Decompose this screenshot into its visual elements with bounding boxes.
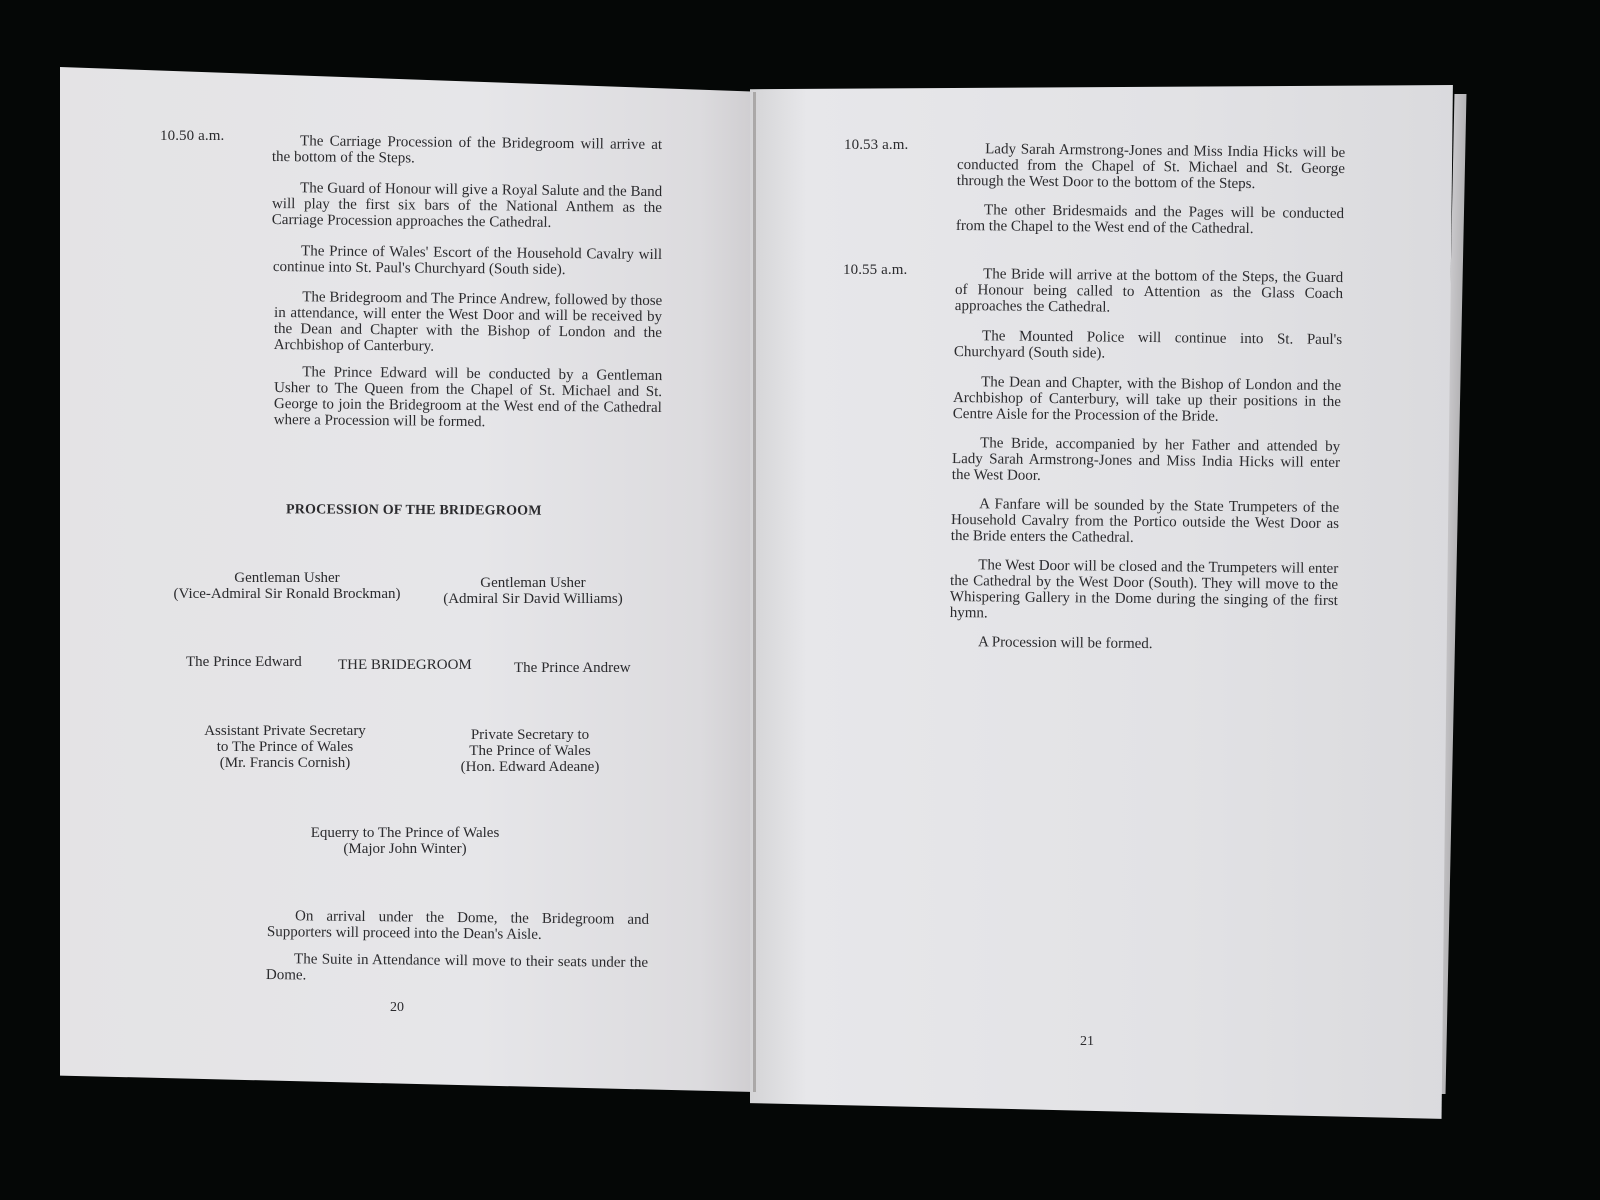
asst-private-secretary: Assistant Private Secretary to The Princ… [200, 723, 370, 771]
paragraph: The other Bridesmaids and the Pages will… [956, 202, 1344, 238]
usher-left: Gentleman Usher (Vice-Admiral Sir Ronald… [170, 570, 404, 602]
private-secretary-line2: The Prince of Wales [455, 743, 605, 759]
paragraph: The Bride will arrive at the bottom of t… [955, 266, 1343, 318]
equerry-line1: Equerry to The Prince of Wales [305, 825, 505, 841]
time-1053: 10.53 a.m. [844, 137, 908, 154]
usher-right-name: (Admiral Sir David Williams) [440, 591, 626, 607]
asst-secretary-line2: to The Prince of Wales [200, 739, 370, 755]
private-secretary: Private Secretary to The Prince of Wales… [455, 727, 605, 775]
usher-right: Gentleman Usher (Admiral Sir David Willi… [440, 575, 626, 607]
paragraph: Lady Sarah Armstrong-Jones and Miss Indi… [957, 141, 1345, 193]
paragraph: The Prince Edward will be conducted by a… [274, 364, 663, 432]
paragraph: The West Door will be closed and the Tru… [950, 557, 1339, 625]
the-bridegroom: THE BRIDEGROOM [338, 657, 472, 673]
paragraph: The Mounted Police will continue into St… [954, 328, 1342, 364]
time-1050: 10.50 a.m. [160, 128, 224, 145]
paragraph: The Bride, accompanied by her Father and… [952, 435, 1340, 487]
paragraph: On arrival under the Dome, the Bridegroo… [267, 908, 649, 944]
paragraph: The Guard of Honour will give a Royal Sa… [272, 180, 662, 232]
paragraph: A Fanfare will be sounded by the State T… [951, 496, 1339, 548]
equerry-name: (Major John Winter) [305, 841, 505, 857]
asst-secretary-name: (Mr. Francis Cornish) [200, 755, 370, 771]
prince-andrew: The Prince Andrew [514, 660, 631, 676]
time-1055: 10.55 a.m. [843, 262, 907, 279]
section-heading: PROCESSION OF THE BRIDEGROOM [286, 502, 542, 519]
usher-left-name: (Vice-Admiral Sir Ronald Brockman) [170, 586, 404, 602]
page-number-right: 21 [1080, 1034, 1094, 1050]
equerry: Equerry to The Prince of Wales (Major Jo… [305, 825, 505, 857]
usher-left-title: Gentleman Usher [170, 570, 404, 586]
paragraph: The Prince of Wales' Escort of the House… [273, 243, 662, 279]
private-secretary-name: (Hon. Edward Adeane) [455, 759, 605, 775]
open-booklet: 10.50 a.m. The Carriage Procession of th… [0, 0, 1600, 1200]
paragraph: The Bridegroom and The Prince Andrew, fo… [274, 289, 663, 357]
private-secretary-line1: Private Secretary to [455, 727, 605, 743]
paragraph: The Dean and Chapter, with the Bishop of… [953, 374, 1341, 426]
paragraph: The Carriage Procession of the Bridegroo… [272, 133, 662, 169]
page-number-left: 20 [390, 1000, 404, 1016]
prince-edward: The Prince Edward [186, 654, 302, 670]
asst-secretary-line1: Assistant Private Secretary [200, 723, 370, 739]
usher-right-title: Gentleman Usher [440, 575, 626, 591]
paragraph: The Suite in Attendance will move to the… [266, 951, 648, 987]
book-spine [753, 92, 756, 1092]
